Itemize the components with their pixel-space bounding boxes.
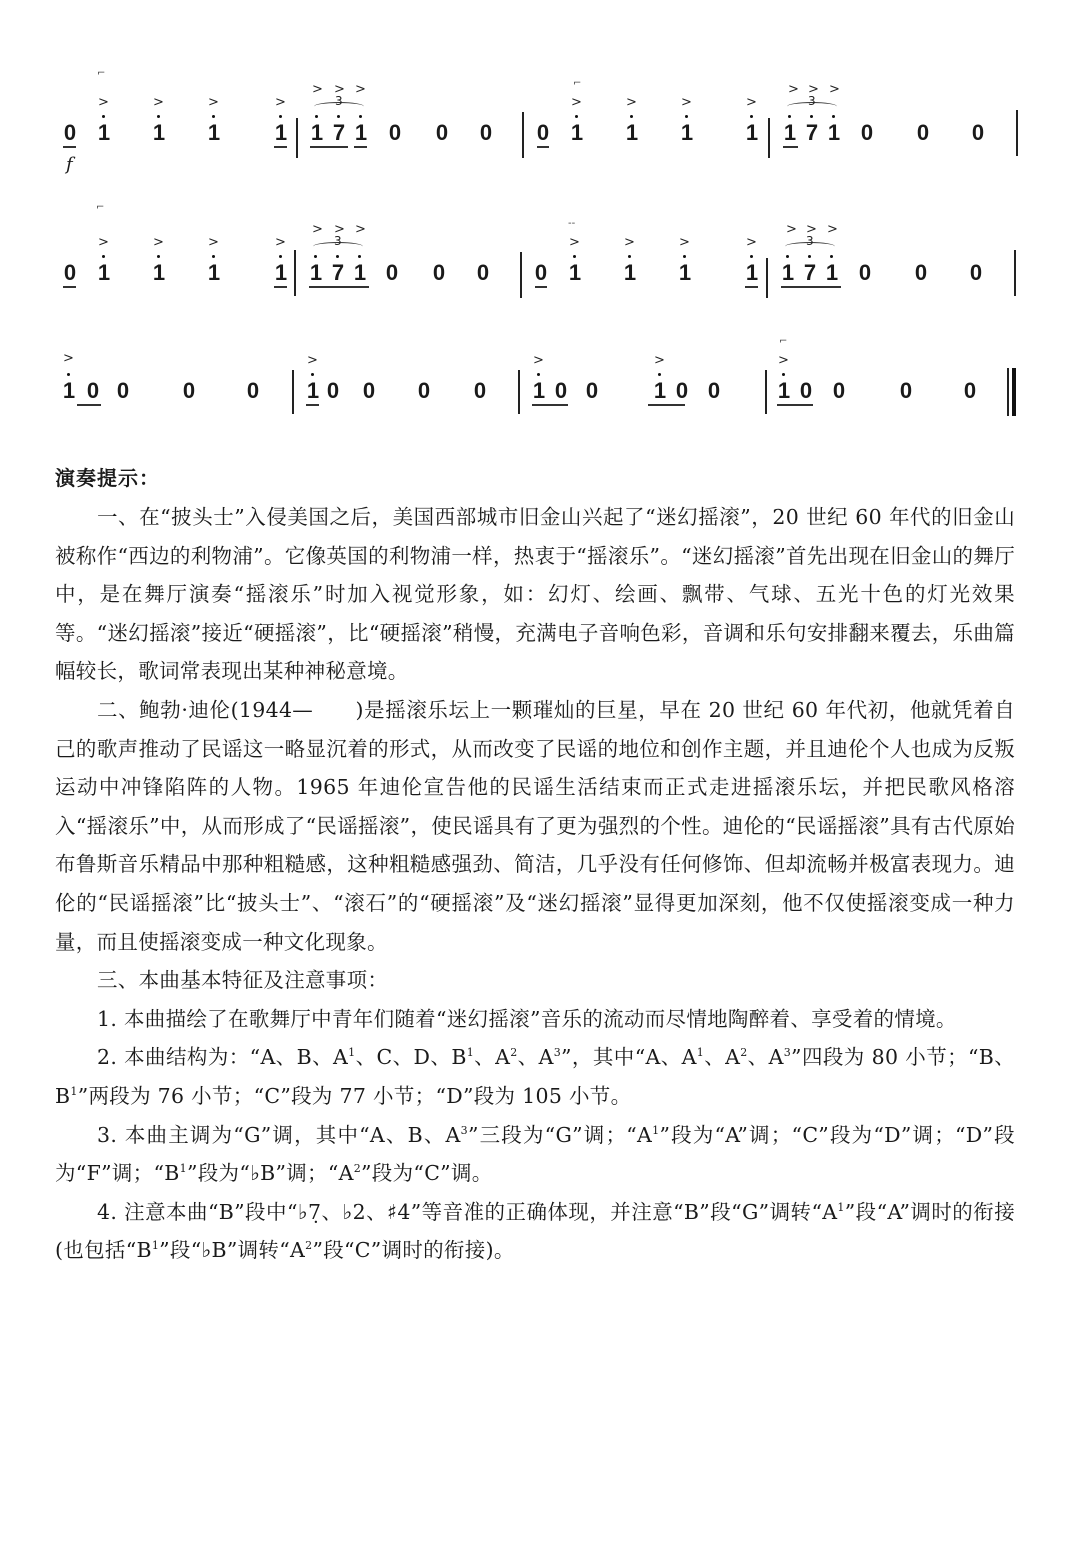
barline: [765, 370, 767, 414]
note-high-do: 1: [309, 122, 325, 144]
note-high-do: 1: [273, 122, 289, 144]
barline: [292, 370, 294, 414]
note-paragraph-1: 一、在“披头士”入侵美国之后，美国西部城市旧金山兴起了“迷幻摇滚”，20 世纪 …: [55, 498, 1015, 691]
accent-mark: >: [307, 354, 318, 367]
note-rest: 0: [387, 122, 403, 144]
accent-mark: >: [624, 236, 635, 249]
note-high-do: 1: [782, 122, 798, 144]
score-row-2: ⌐ > > > > 0 1 1 1 1 > > > 3 1 7 1 0 0 0 …: [0, 220, 1072, 330]
fermata-mark: ⌐: [779, 336, 787, 347]
note-rest: 0: [115, 380, 131, 402]
barline: [1014, 250, 1016, 296]
note-high-do: 1: [569, 122, 585, 144]
dynamic-forte: f: [66, 154, 73, 175]
note-high-ti: 7: [804, 122, 820, 144]
note-item-4: 4. 注意本曲“B”段中“♭7̣、♭2、♯4”等音准的正确体现，并注意“B”段“…: [55, 1193, 1015, 1270]
accent-mark: >: [681, 96, 692, 109]
triplet-number: 3: [335, 94, 343, 108]
final-barline-thick: [1012, 368, 1016, 416]
accent-mark: >: [654, 354, 665, 367]
barline: [296, 118, 298, 158]
note-rest: 0: [472, 380, 488, 402]
accent-mark: >: [829, 83, 840, 96]
note-high-do: 1: [567, 262, 583, 284]
note-high-do: 1: [61, 380, 77, 402]
accent-mark: >: [827, 223, 838, 236]
accent-mark: >: [788, 83, 799, 96]
fermata-mark: ⌐: [97, 68, 105, 79]
note-high-do: 1: [96, 262, 112, 284]
accent-mark: >: [746, 236, 757, 249]
barline: [294, 250, 296, 296]
score-row-3: > 1 0 0 0 0 > 1 0 0 0 0 > 1 0 0 > 1 0 0 …: [0, 340, 1072, 450]
note-high-do: 1: [96, 122, 112, 144]
accent-mark: >: [571, 96, 582, 109]
note-rest: 0: [434, 122, 450, 144]
accent-mark: >: [208, 96, 219, 109]
accent-mark: >: [153, 236, 164, 249]
note-high-ti: 7: [330, 262, 346, 284]
note-high-do: 1: [776, 380, 792, 402]
accent-mark: >: [153, 96, 164, 109]
fermata-mark: ⌐: [96, 202, 104, 213]
accent-mark: >: [63, 352, 74, 365]
note-rest: 0: [325, 380, 341, 402]
accent-mark: >: [786, 223, 797, 236]
note-rest: 0: [416, 380, 432, 402]
triplet-number: 3: [334, 234, 342, 248]
note-high-do: 1: [151, 262, 167, 284]
fermata-mark: --: [568, 218, 575, 229]
accent-mark: >: [355, 83, 366, 96]
note-rest: 0: [431, 262, 447, 284]
notes-title: 演奏提示：: [55, 462, 1015, 492]
accent-mark: >: [355, 223, 366, 236]
fermata-mark: ⌐: [573, 78, 581, 89]
note-rest: 0: [898, 380, 914, 402]
note-high-do: 1: [824, 262, 840, 284]
note-rest: 0: [798, 380, 814, 402]
final-barline-thin: [1007, 368, 1009, 416]
note-rest: 0: [913, 262, 929, 284]
note-high-do: 1: [624, 122, 640, 144]
barline: [518, 370, 520, 414]
accent-mark: >: [275, 236, 286, 249]
accent-mark: >: [98, 236, 109, 249]
note-high-do: 1: [622, 262, 638, 284]
note-paragraph-3: 三、本曲基本特征及注意事项：: [55, 961, 1015, 1000]
note-rest: 0: [857, 262, 873, 284]
note-item-2: 2. 本曲结构为：“A、B、A1、C、D、B1、A2、A3”，其中“A、A1、A…: [55, 1038, 1015, 1115]
note-item-1: 1. 本曲描绘了在歌舞厅中青年们随着“迷幻摇滚”音乐的流动而尽情地陶醉着、享受着…: [55, 1000, 1015, 1039]
accent-mark: >: [98, 96, 109, 109]
note-high-ti: 7: [802, 262, 818, 284]
note-high-do: 1: [206, 262, 222, 284]
note-rest: 0: [915, 122, 931, 144]
score-row-1: f ⌐ > > > > 0 1 1 1 1 > > > 3 1 7 1 0 0 …: [0, 80, 1072, 190]
accent-mark: >: [275, 96, 286, 109]
note-rest: 0: [535, 122, 551, 144]
note-high-do: 1: [652, 380, 668, 402]
note-rest: 0: [970, 122, 986, 144]
note-rest: 0: [533, 262, 549, 284]
note-rest: 0: [85, 380, 101, 402]
note-rest: 0: [181, 380, 197, 402]
barline: [522, 112, 524, 158]
note-rest: 0: [831, 380, 847, 402]
barline: [520, 252, 522, 298]
note-high-do: 1: [305, 380, 321, 402]
note-high-do: 1: [826, 122, 842, 144]
note-rest: 0: [674, 380, 690, 402]
note-high-do: 1: [677, 262, 693, 284]
barline: [1016, 110, 1018, 156]
note-rest: 0: [245, 380, 261, 402]
performance-notes: 演奏提示： 一、在“披头士”入侵美国之后，美国西部城市旧金山兴起了“迷幻摇滚”，…: [55, 462, 1015, 1270]
note-rest: 0: [962, 380, 978, 402]
note-high-do: 1: [780, 262, 796, 284]
accent-mark: >: [626, 96, 637, 109]
note-item-3: 3. 本曲主调为“G”调，其中“A、B、A3”三段为“G”调；“A1”段为“A”…: [55, 1116, 1015, 1193]
note-high-do: 1: [206, 122, 222, 144]
note-rest: 0: [706, 380, 722, 402]
note-high-do: 1: [151, 122, 167, 144]
note-rest: 0: [62, 262, 78, 284]
accent-mark: >: [208, 236, 219, 249]
note-high-do: 1: [308, 262, 324, 284]
note-high-do: 1: [679, 122, 695, 144]
note-high-ti: 7: [331, 122, 347, 144]
note-high-do: 1: [353, 122, 369, 144]
accent-mark: >: [778, 354, 789, 367]
note-rest: 0: [584, 380, 600, 402]
note-rest: 0: [361, 380, 377, 402]
note-high-do: 1: [531, 380, 547, 402]
accent-mark: >: [533, 354, 544, 367]
note-rest: 0: [62, 122, 78, 144]
barline: [766, 258, 768, 298]
note-high-do: 1: [352, 262, 368, 284]
note-high-do: 1: [744, 262, 760, 284]
note-rest: 0: [553, 380, 569, 402]
note-rest: 0: [968, 262, 984, 284]
note-rest: 0: [478, 122, 494, 144]
note-rest: 0: [859, 122, 875, 144]
accent-mark: >: [569, 236, 580, 249]
note-rest: 0: [475, 262, 491, 284]
accent-mark: >: [679, 236, 690, 249]
accent-mark: >: [312, 223, 323, 236]
note-paragraph-2: 二、鲍勃·迪伦(1944— )是摇滚乐坛上一颗璀灿的巨星，早在 20 世纪 60…: [55, 691, 1015, 961]
accent-mark: >: [746, 96, 757, 109]
triplet-number: 3: [806, 234, 814, 248]
note-rest: 0: [384, 262, 400, 284]
barline: [768, 118, 770, 158]
accent-mark: >: [312, 83, 323, 96]
note-high-do: 1: [744, 122, 760, 144]
triplet-number: 3: [808, 94, 816, 108]
note-high-do: 1: [273, 262, 289, 284]
